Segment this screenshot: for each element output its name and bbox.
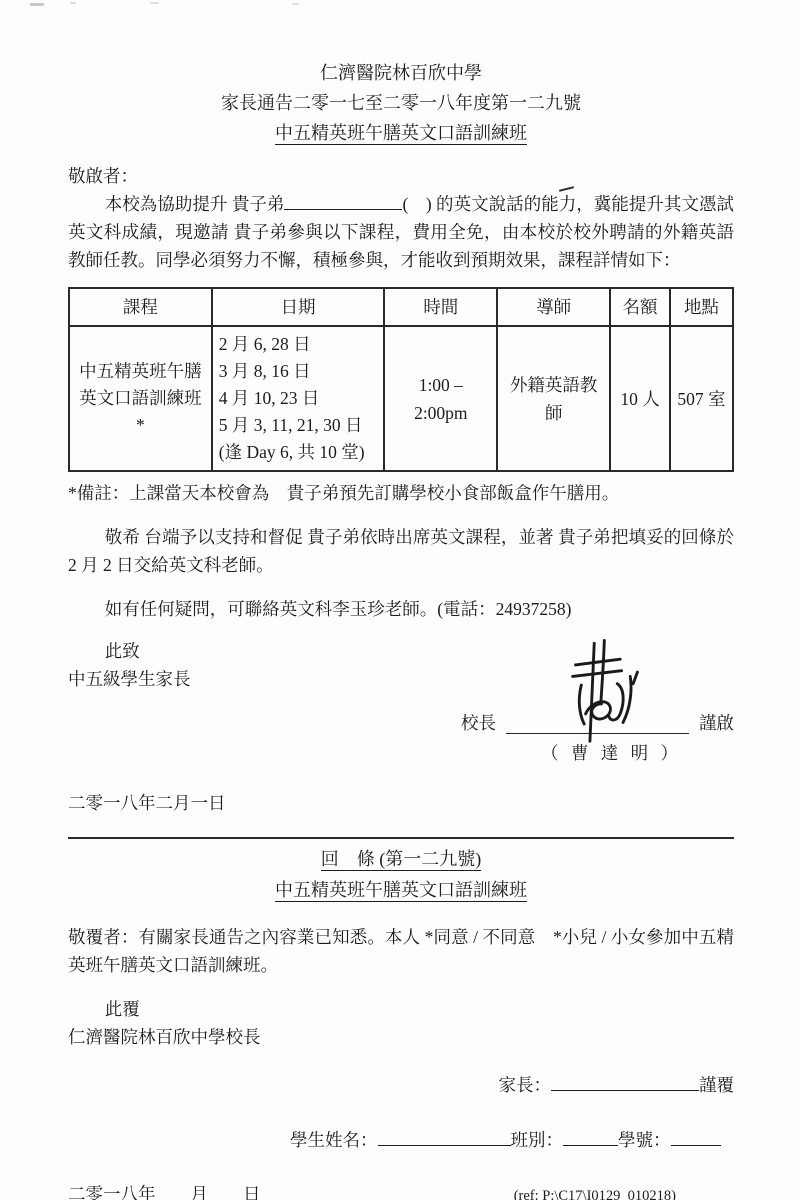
reply-slip-date: 二零一八年 月 日: [68, 1180, 261, 1200]
cell-dates: 2 月 6, 28 日 3 月 8, 16 日 4 月 10, 23 日 5 月…: [212, 326, 385, 471]
reply-closing-1: 此覆: [68, 995, 734, 1023]
letterhead: 仁濟醫院林百欣中學 家長通告二零一七至二零一八年度第一二九號 中五精英班午膳英文…: [68, 58, 734, 148]
principal-closing: 謹啟: [699, 709, 734, 737]
parent-signature-row: 家長：謹覆: [68, 1071, 734, 1099]
intro-text-before: 本校為協助提升 貴子弟: [105, 194, 285, 214]
table-header-row: 課程 日期 時間 導師 名額 地點: [69, 288, 733, 326]
date-line: (逢 Day 6, 共 10 堂): [219, 439, 378, 466]
scan-artifact: [70, 2, 76, 4]
reply-slip-title: 回 條 (第一二九號): [321, 849, 482, 871]
cell-course: 中五精英班午膳 英文口語訓練班*: [69, 326, 212, 471]
col-header-date: 日期: [212, 288, 385, 326]
paragraph-2: 敬希 台端予以支持和督促 貴子弟依時出席英文課程，並著 貴子弟把填妥的回條於 2…: [68, 523, 734, 579]
student-info-row: 學生姓名：班別：學號：: [290, 1126, 734, 1154]
parent-signature-blank: [551, 1072, 699, 1090]
parent-label: 家長：: [499, 1071, 552, 1099]
student-name-blank: [284, 192, 402, 210]
student-name-label: 學生姓名：: [290, 1130, 378, 1150]
scan-artifact: [150, 2, 159, 4]
class-field-blank: [563, 1127, 618, 1145]
student-number-field-blank: [671, 1127, 721, 1145]
cell-venue: 507 室: [670, 326, 733, 471]
scanned-notice-page: 仁濟醫院林百欣中學 家長通告二零一七至二零一八年度第一二九號 中五精英班午膳英文…: [0, 0, 800, 1200]
paragraph-3: 如有任何疑問，可聯絡英文科李玉珍老師。(電話：24937258): [68, 595, 734, 623]
letter-date: 二零一八年二月一日: [68, 789, 734, 817]
scan-artifact: [30, 3, 44, 6]
table-row: 中五精英班午膳 英文口語訓練班* 2 月 6, 28 日 3 月 8, 16 日…: [69, 326, 733, 471]
table-remark: *備註：上課當天本校會為 貴子弟預先訂購學校小食部飯盒作午膳用。: [68, 479, 734, 507]
principal-label: 校長: [461, 709, 496, 737]
cell-tutor: 外籍英語教師: [497, 326, 610, 471]
date-line: 3 月 8, 16 日: [219, 358, 378, 385]
date-line: 5 月 3, 11, 21, 30 日: [219, 412, 378, 439]
notice-subject: 中五精英班午膳英文口語訓練班: [275, 123, 527, 145]
student-number-label: 學號：: [618, 1130, 671, 1150]
intro-paren: ( ): [402, 194, 431, 214]
principal-signature-row: 校長 謹啟: [68, 709, 734, 737]
file-reference: (ref: P:\C17\I0129_010218): [514, 1185, 676, 1200]
col-header-course: 課程: [69, 288, 212, 326]
salutation: 敬啟者：: [68, 162, 734, 190]
date-line: 4 月 10, 23 日: [219, 385, 378, 412]
parent-closing: 謹覆: [699, 1071, 734, 1099]
date-line: 2 月 6, 28 日: [219, 331, 378, 358]
course-line2: 英文口語訓練班*: [76, 385, 205, 439]
intro-paragraph: 本校為協助提升 貴子弟( ) 的英文說話的能力，冀能提升其文憑試英文科成績，現邀…: [68, 190, 734, 274]
reply-body: 敬覆者：有關家長通告之內容業已知悉。本人 *同意 / 不同意 *小兒 / 小女參…: [68, 923, 734, 979]
tear-off-divider: [68, 837, 734, 839]
student-name-field-blank: [378, 1127, 511, 1145]
bottom-row: 二零一八年 月 日 (ref: P:\C17\I0129_010218): [68, 1180, 734, 1200]
col-header-time: 時間: [384, 288, 497, 326]
notice-number: 家長通告二零一七至二零一八年度第一二九號: [68, 88, 734, 118]
col-header-tutor: 導師: [497, 288, 610, 326]
cell-time: 1:00 – 2:00pm: [384, 326, 497, 471]
principal-signature-blank: [506, 715, 689, 734]
reply-closing-2: 仁濟醫院林百欣中學校長: [68, 1023, 734, 1051]
class-label: 班別：: [511, 1130, 564, 1150]
scan-artifact: [292, 3, 299, 5]
principal-signature-scribble: [540, 639, 660, 747]
col-header-quota: 名額: [610, 288, 670, 326]
school-name: 仁濟醫院林百欣中學: [68, 58, 734, 88]
course-line1: 中五精英班午膳: [76, 358, 205, 385]
course-table: 課程 日期 時間 導師 名額 地點 中五精英班午膳 英文口語訓練班* 2 月 6…: [68, 287, 734, 472]
col-header-venue: 地點: [670, 288, 733, 326]
reply-slip-subtitle: 中五精英班午膳英文口語訓練班: [275, 880, 527, 902]
cell-quota: 10 人: [610, 326, 670, 471]
